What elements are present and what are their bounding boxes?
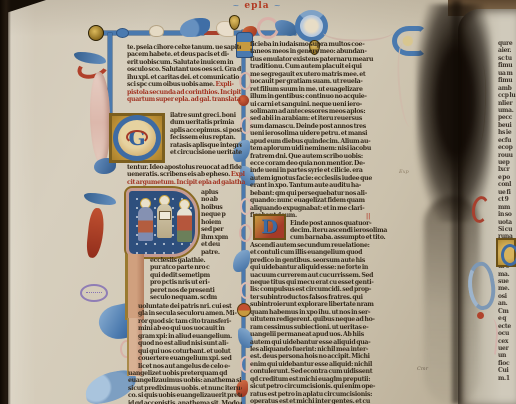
text-line: uangelizet uobis preterquam qd (128, 370, 242, 377)
figure-body (138, 207, 153, 241)
text-line: an. (498, 300, 516, 307)
illuminated-initial-g: G (109, 113, 165, 163)
open-book (159, 211, 171, 220)
column1-p-wrap-text: aplusno abhoibusneque phoiemsed perihm x… (201, 189, 241, 257)
text-line: et contuli cum illis euangelium quod (250, 249, 412, 256)
text-line: ueneratis. scribens eis ab epheso. Expli… (127, 171, 245, 178)
text-line: ficieba in iudaismo supra multos coe- (250, 41, 412, 48)
text-line: neque titus qui mecu erat cu esset genti… (250, 279, 412, 286)
text-line: tentur. Ideo apostolus reuocat ad fide (127, 164, 245, 171)
text-line: mm (498, 204, 516, 211)
title-flourish-right: ~ (274, 1, 282, 10)
blueBead-ornament (116, 28, 129, 38)
text-line: patre. (201, 249, 241, 256)
text-line: in so (498, 211, 516, 218)
text-line: hs ie (498, 129, 516, 136)
text-line: quam habemus in xpo ihu. ut nos in ser- (250, 309, 412, 316)
text-line: qure (498, 40, 516, 47)
text-line: ue fi (498, 189, 516, 196)
text-line: aplis accepimus. si post (170, 127, 242, 134)
text-line: rouu (498, 152, 516, 159)
text-line: autem qui uidebantur esse aliquid qua- (250, 339, 412, 346)
page-title-rubric: ~ epla ~ (214, 1, 300, 11)
text-line: pur atco parte nro c (150, 264, 242, 271)
column1-bottom-text: uangelizet uobis preterquam qdeuangeliza… (128, 370, 242, 404)
text-line: qui qui uos coturbant. et uolut (138, 348, 242, 355)
library-stamp (80, 284, 108, 302)
text-line: ratus est petro in aplatu circumcisionis… (250, 391, 412, 398)
text-line: me segregauit ex utero matris mee. et (250, 71, 412, 78)
text-line: sicut prediximus uobis. et nunc iteru di… (128, 385, 242, 392)
text-line: Cm (498, 308, 516, 315)
text-line: cum barnaba. assumpto et tito. (290, 234, 412, 241)
text-line: tius emulator existens paternaru mearu (250, 56, 412, 63)
manuscript-photo: ~ epla ~ G P te. pseia cihore celxe t (0, 0, 516, 404)
text-line: tem aplorum uidi neminem: nisi iacobu (250, 145, 412, 152)
text-line: ter subintroductos falsos fratres. qui (250, 294, 412, 301)
text-line: et deu (201, 241, 241, 248)
text-line: et circucisione ueritate (170, 149, 242, 156)
text-line: decim. iteru ascendi ierosolima (290, 227, 412, 234)
column1-lower-text: uoluntate dei patris nri. cui estgla in … (138, 303, 242, 370)
text-line: ecclesiis galathie. (150, 257, 242, 264)
goldpartial-ornament (496, 238, 516, 267)
marginal-note-cmr: Cmr (417, 366, 428, 372)
initial-d-letter: D (261, 218, 277, 237)
text-line: illum in gentibus: continuo no acquie- (250, 93, 412, 100)
text-line: est. deus persona hois no accipit. Michi (250, 353, 412, 360)
goldDisc-ornament (88, 25, 104, 41)
text-line: operatus est et michi inter gentes. et c… (250, 398, 412, 404)
title-text: epla (244, 1, 269, 11)
text-line: te. pseia cihore celxe tanum. ue sapite. (127, 44, 241, 51)
text-line: e q (498, 315, 516, 322)
text-line: bebant: qm qui persequebatur nos ali- (250, 190, 412, 197)
text-line: predico in gentibus. seorsum aute his (250, 257, 412, 264)
text-line: sed abii in arabiam: et iteru reuersus (250, 115, 412, 122)
text-line: neque p (201, 211, 241, 218)
text-line: sed per (201, 226, 241, 233)
text-line: solimam ad antecessores meos aplos: (250, 108, 412, 115)
text-line: autem ignotus facie: ecclesiis iudee que (250, 175, 412, 182)
text-line: sc tu (498, 55, 516, 62)
text-line: dum ueritatis primia (170, 119, 242, 126)
figure-body (157, 204, 172, 238)
text-line: uota (498, 219, 516, 226)
text-line: qui dedit semetipm (150, 272, 242, 279)
text-line: ihu xpi. et caritas dei. et comunicatio (127, 74, 241, 81)
binding-crease (452, 0, 461, 404)
column1-mid-text: tentur. Ideo apostolus reuocat ad fideue… (127, 164, 245, 187)
text-line: gram xpi: in aliud euangelium. (138, 333, 242, 340)
right-page-text-fragments: qureaier.sc tufimuua mfimuambccp lunlier… (498, 40, 516, 400)
text-line: hoibus (201, 204, 241, 211)
text-line: ua m (498, 70, 516, 77)
text-line: sue (498, 278, 516, 285)
saint-figure-left (137, 198, 154, 241)
text-line: ocu (498, 330, 516, 337)
text-line: sci spc cum oibus uobis ame. Expli- (127, 81, 241, 88)
marginal-note-exp: Exp (399, 169, 409, 175)
rubric-paragraph-mark: || (366, 213, 370, 220)
text-line: cit argumetum. Incipit epla ad galathas. (127, 179, 245, 186)
illuminated-initial-p: P (126, 188, 198, 257)
text-line: quartum super epla. ad gal. translata. (127, 96, 241, 103)
text-line: uacuum currerem aut cucurrissem. Sed (250, 272, 412, 279)
text-line: enim qui uidebantur esse aliquid: nichil (250, 361, 412, 368)
text-line: pro pctis nris ut eri- (150, 279, 242, 286)
text-line: osi (498, 293, 516, 300)
text-line: nlier (498, 100, 516, 107)
text-line: id qd accepistis. anathema sit. Modo eni (128, 400, 242, 404)
text-line: seculo nequam. scdm (150, 294, 242, 301)
text-line: qui uidebantur aliquid esse: ne forte in (250, 264, 412, 271)
text-line: ror quod sic tam cito transferi- (138, 318, 242, 325)
reddot-ornament (477, 312, 484, 319)
text-line: Si cu (498, 226, 516, 233)
text-line: ihm xpm (201, 234, 241, 241)
text-line: gla in secula seculoru amen. Mi- (138, 310, 242, 317)
text-line: fecissem eius reptan. (170, 134, 242, 141)
illuminated-initial-d: D (253, 214, 286, 240)
table-edge-left (0, 0, 11, 404)
text-line: ret filium suum in me. ut euagelizare (250, 86, 412, 93)
rubric-suffix: Expli- (231, 171, 245, 178)
text-line: uer (498, 345, 516, 352)
text-line: uma. (498, 107, 516, 114)
text-line: fimu (498, 62, 516, 69)
text-line: aliquando expugnabat: et in me clari- (250, 205, 412, 212)
text-line: mini ab eo qui uos uocauit in (138, 325, 242, 332)
text-line: couertere euangelium xpi. sed (138, 355, 242, 362)
pinkAcanthus-ornament (90, 72, 110, 164)
text-line: aier. (498, 47, 516, 54)
text-line: un (498, 352, 516, 359)
text-line: Ascendi autem secundum reuelatione: (250, 242, 412, 249)
text-line: osculo sco. Salutant uos oes sci. Gra dn… (127, 66, 241, 73)
text-line: aplus (201, 189, 241, 196)
saint-figure-center (156, 195, 173, 238)
text-line: Cui (498, 367, 516, 374)
text-line: me. (498, 285, 516, 292)
column1-g-wrap-text: ilatre sunt greci. bonidum ueritatis pri… (170, 112, 242, 162)
text-line: uangelii permaneat apud uos. Ab hiis (250, 331, 412, 338)
column1-below-p-text: ecclesiis galathie.pur atco parte nro cq… (150, 257, 242, 303)
title-flourish-left: ~ (233, 1, 241, 10)
figure-body (177, 208, 192, 242)
text-line: ecce coram deo quia non mentior. De- (250, 160, 412, 167)
text-line: ct 9 (498, 196, 516, 203)
text-line: hoiem (201, 219, 241, 226)
text-line: qd creditum est michi euaglm preputii: (250, 376, 412, 383)
text-line: sum damascu. Deinde post annos tres (250, 123, 412, 130)
text-line: co. si quis uobis euangelizauerit preter (128, 392, 242, 399)
text-line: lis: compulsus est circumcidi. sed prop- (250, 286, 412, 293)
text-line: erant in xpo. Tantum aute auditu ha- (250, 182, 412, 189)
text-line: cex (498, 338, 516, 345)
text-line: inde ueni in partes syrie et cilicie. er… (250, 167, 412, 174)
text-line: erit uobiscum. Salutate inuicem in (127, 59, 241, 66)
text-line: pecc (498, 114, 516, 121)
text-line: uoluntate dei patris nri. cui est (138, 303, 242, 310)
text-line: uep (498, 159, 516, 166)
text-line: ma. (498, 271, 516, 278)
text-line: quando: nunc euagelizat fidem quam (250, 197, 412, 204)
text-line: ecte (498, 323, 516, 330)
text-line: lxcr (498, 166, 516, 173)
text-line: les aliquando fuerint: nichil mea inter- (250, 346, 412, 353)
text-line: ecfu (498, 137, 516, 144)
text-line: amb (498, 85, 516, 92)
text-line: contulerunt. Sed econtra cum uidissent (250, 368, 412, 375)
text-line: ui carni et sanguini. neque ueni iero- (250, 101, 412, 108)
text-line: pistola secunda ad corinthios. Incipit (127, 89, 241, 96)
column1-top-text: te. pseia cihore celxe tanum. ue sapite.… (127, 44, 241, 106)
text-line: sicut petro circumcisionis. qui enim ope… (250, 383, 412, 390)
text-line: Einde post annos quatuor- (290, 220, 412, 227)
text-line: uocauit per gratiam suam. ut reuela- (250, 78, 412, 85)
text-line: fioc (498, 360, 516, 367)
text-line: licet nos aut angelus de celo e- (138, 363, 242, 370)
text-line: subintroierunt explorare libertate nram (250, 301, 412, 308)
text-line: traditionu. Cum autem placuit ei qui (250, 63, 412, 70)
text-line: beui (498, 122, 516, 129)
text-line: euangelizauimus uobis: anathema sit. (128, 377, 242, 384)
text-line: fratrem dni. Que autem scribo uobis: (250, 153, 412, 160)
text-line: peret nos de presenti (150, 287, 242, 294)
text-line: no ab (201, 196, 241, 203)
text-line: ram cessimus subiectioni. ut ueritas e- (250, 324, 412, 331)
creamKnot-ornament (149, 25, 164, 37)
initial-g-dragon-motif (126, 130, 148, 144)
rubric-suffix: Expli- (215, 81, 233, 88)
text-line: ueni ierosolima uidere petru. et mansi (250, 130, 412, 137)
text-line: uitutem redigerent. quibus neque ad ho- (250, 316, 412, 323)
saint-figure-right (176, 199, 193, 242)
text-line: quod no est aliud nisi sunt ali- (138, 340, 242, 347)
text-line: e po (498, 174, 516, 181)
text-line: conl (498, 181, 516, 188)
text-line: ecop (498, 144, 516, 151)
text-line: taneos meos in genere meo: abundan- (250, 48, 412, 55)
text-line: ccp lu (498, 92, 516, 99)
text-line: ilatre sunt greci. boni (170, 112, 242, 119)
text-line: m.1 (498, 375, 516, 382)
text-line: ratasis aplisque integre (170, 142, 242, 149)
text-line: apud eum diebus quindecim. Alium au- (250, 138, 412, 145)
text-line: fimu (498, 77, 516, 84)
initial-g-ring: G (113, 115, 161, 161)
text-line: pacem habete. et deus pacis et di- (127, 51, 241, 58)
